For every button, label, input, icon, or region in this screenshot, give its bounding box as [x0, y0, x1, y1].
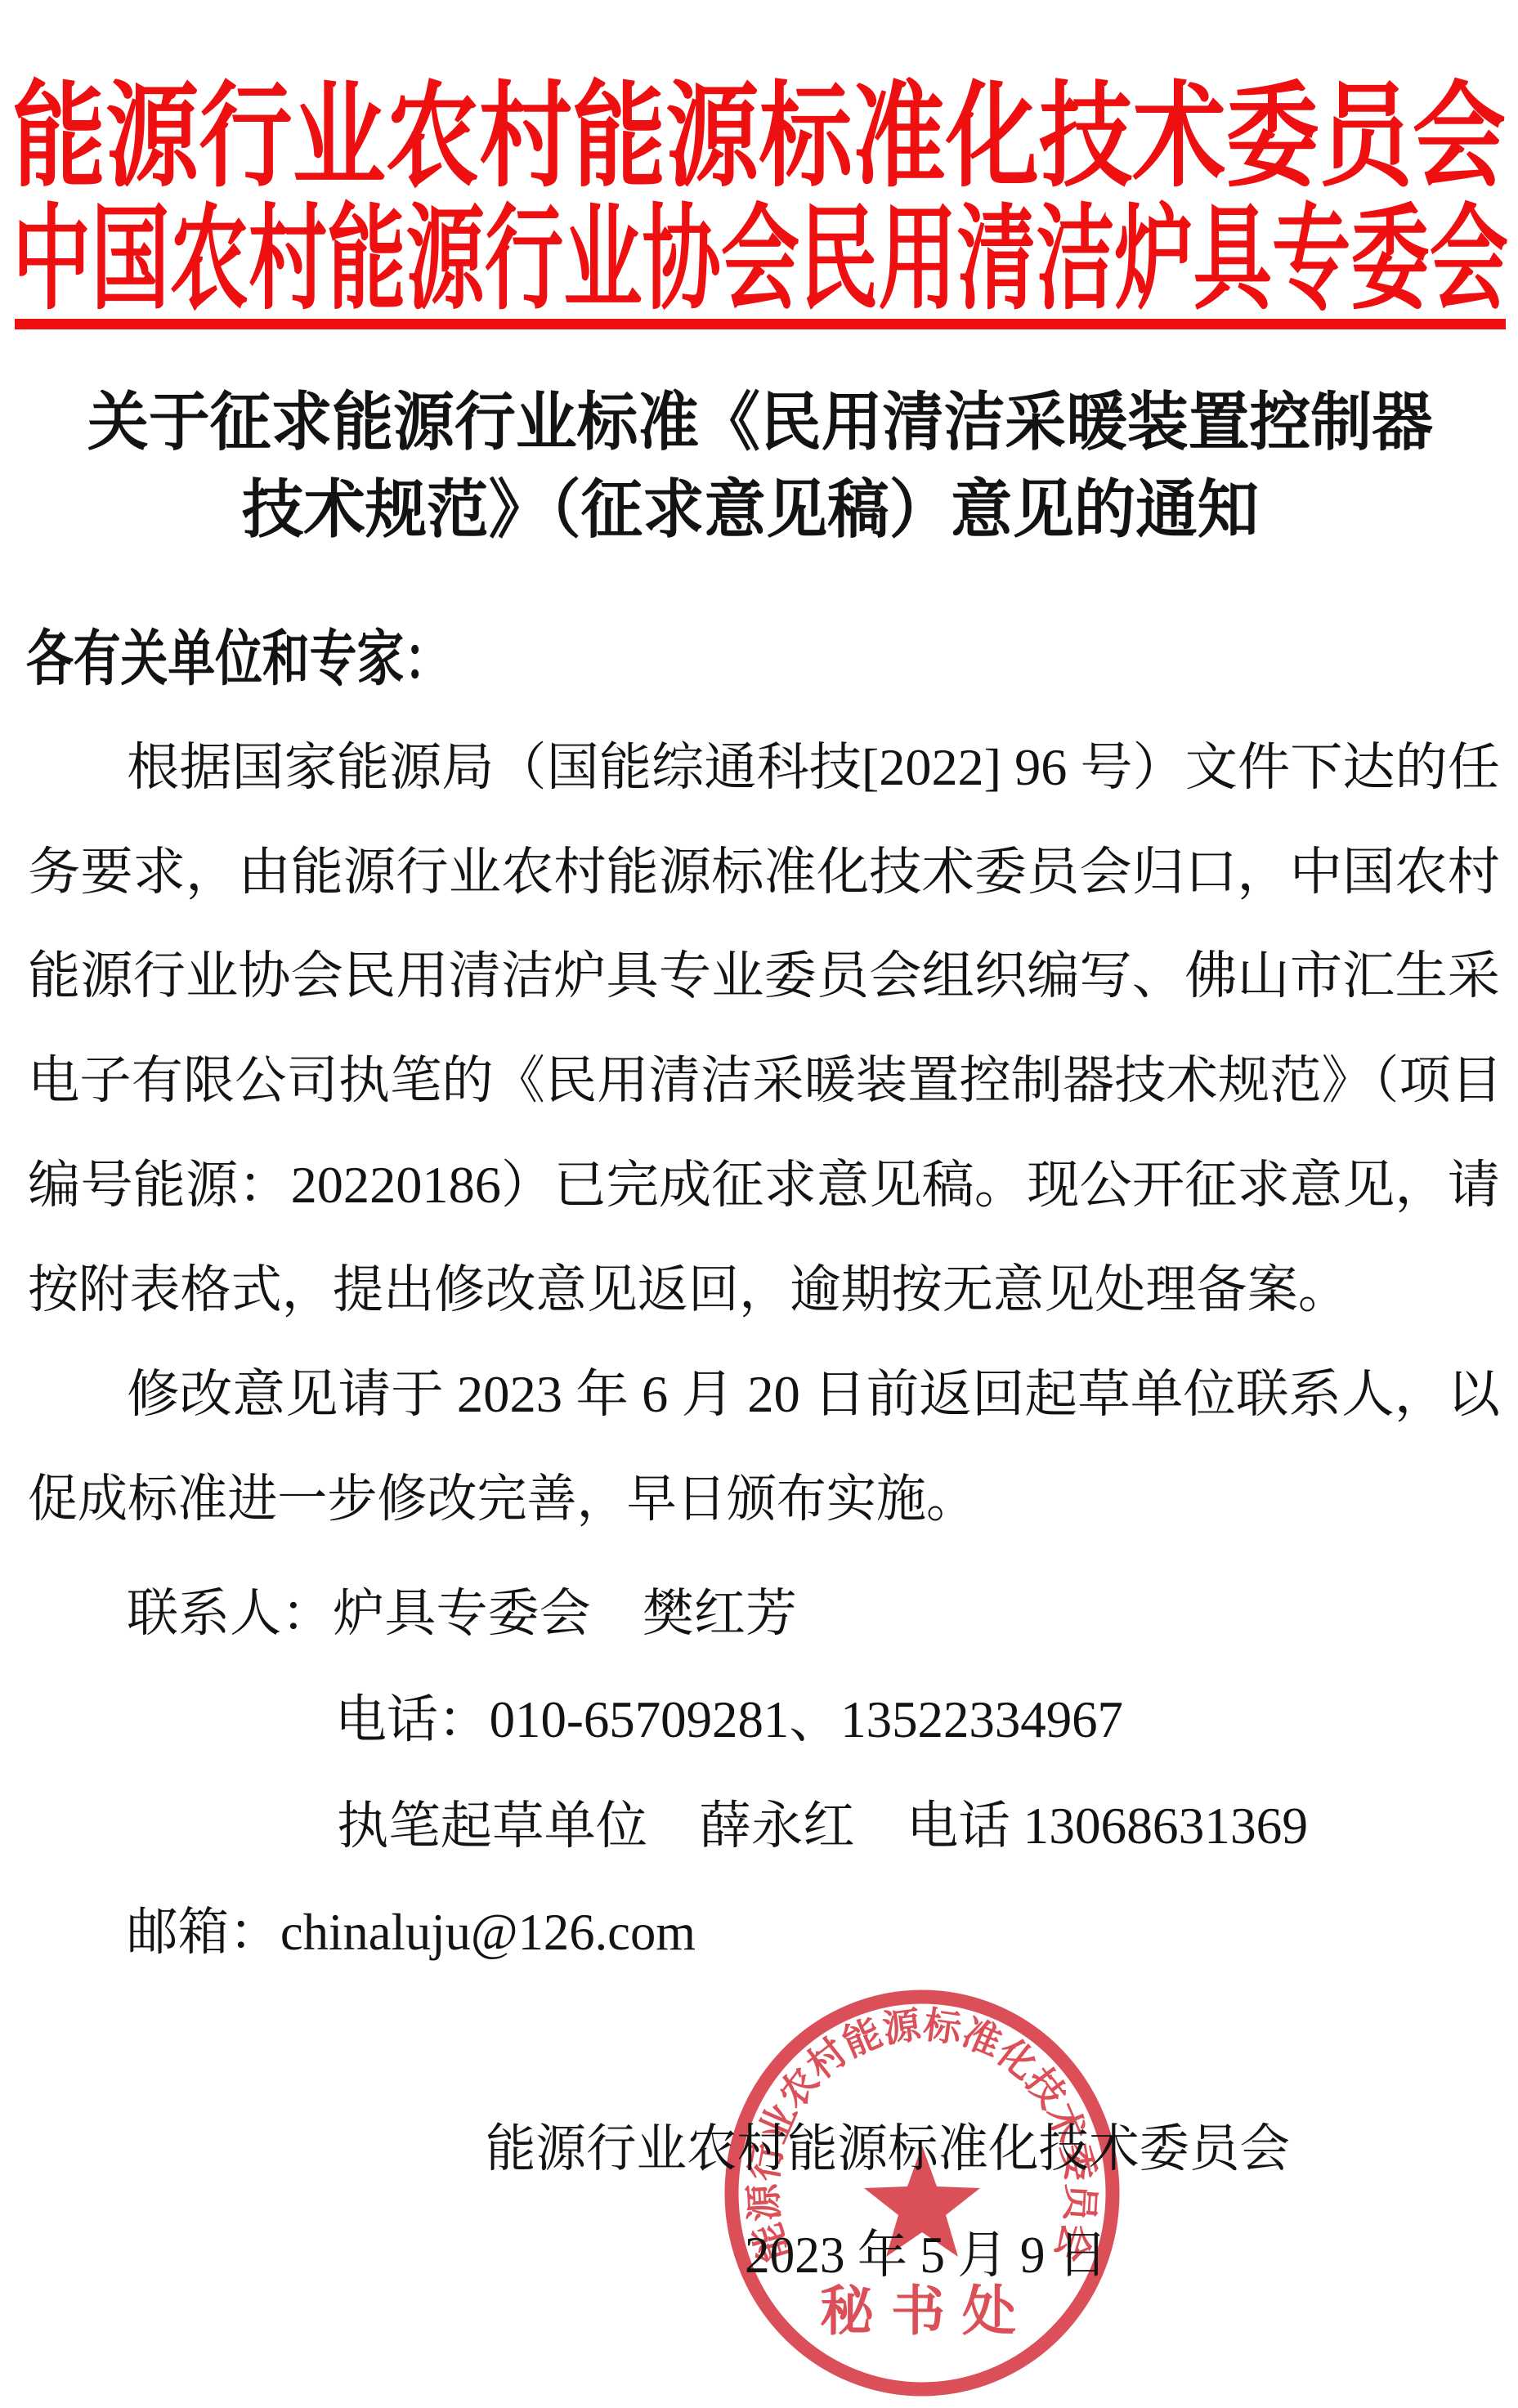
contact-phone-line: 电话：010-65709281、13522334967	[335, 1691, 1123, 1748]
body-line-3: 能源行业协会民用清洁炉具专业委员会组织编写、佛山市汇生采	[28, 947, 1500, 1005]
document-canvas: 能源行业农村能源标准化技术委员会 中国农村能源行业协会民用清洁炉具专委会 关于征…	[0, 0, 1518, 2408]
notice-document-page: 能源行业农村能源标准化技术委员会 中国农村能源行业协会民用清洁炉具专委会 关于征…	[0, 0, 1518, 2408]
salutation: 各有关单位和专家：	[26, 626, 451, 693]
signature-committee: 能源行业农村能源标准化技术委员会	[486, 2120, 1290, 2177]
date-line: 2023 年 5 月 9 日	[745, 2227, 1108, 2284]
header-line-2: 中国农村能源行业协会民用清洁炉具专委会	[12, 197, 1508, 324]
title-line-2: 技术规范》（征求意见稿）意见的通知	[242, 474, 1259, 545]
body-line-5: 编号能源：20220186）已完成征求意见稿。现公开征求意见，请	[28, 1157, 1500, 1214]
contact-drafter-line: 执笔起草单位 薛永红 电话 13068631369	[337, 1797, 1308, 1855]
contact-person-line: 联系人：炉具专委会 樊红芳	[127, 1585, 797, 1642]
header-line-1: 能源行业农村能源标准化技术委员会	[12, 74, 1506, 201]
body-line-8: 促成标准进一步修改完善，早日颁布实施。	[28, 1470, 976, 1528]
contact-email-line: 邮箱：chinaluju@126.com	[127, 1904, 696, 1961]
header-underline	[15, 319, 1506, 329]
body-line-2: 务要求，由能源行业农村能源标准化技术委员会归口，中国农村	[28, 844, 1500, 901]
body-line-6: 按附表格式，提出修改意见返回，逾期按无意见处理备案。	[28, 1261, 1349, 1318]
body-line-1: 根据国家能源局（国能综通科技[2022] 96 号）文件下达的任	[127, 739, 1500, 796]
body-line-7: 修改意见请于 2023 年 6 月 20 日前返回起草单位联系人，以	[127, 1366, 1502, 1423]
seal-bottom-text: 秘书处	[820, 2282, 1024, 2342]
body-line-4: 电子有限公司执笔的《民用清洁采暖装置控制器技术规范》（项目	[28, 1052, 1502, 1109]
title-line-1: 关于征求能源行业标准《民用清洁采暖装置控制器	[87, 387, 1433, 458]
